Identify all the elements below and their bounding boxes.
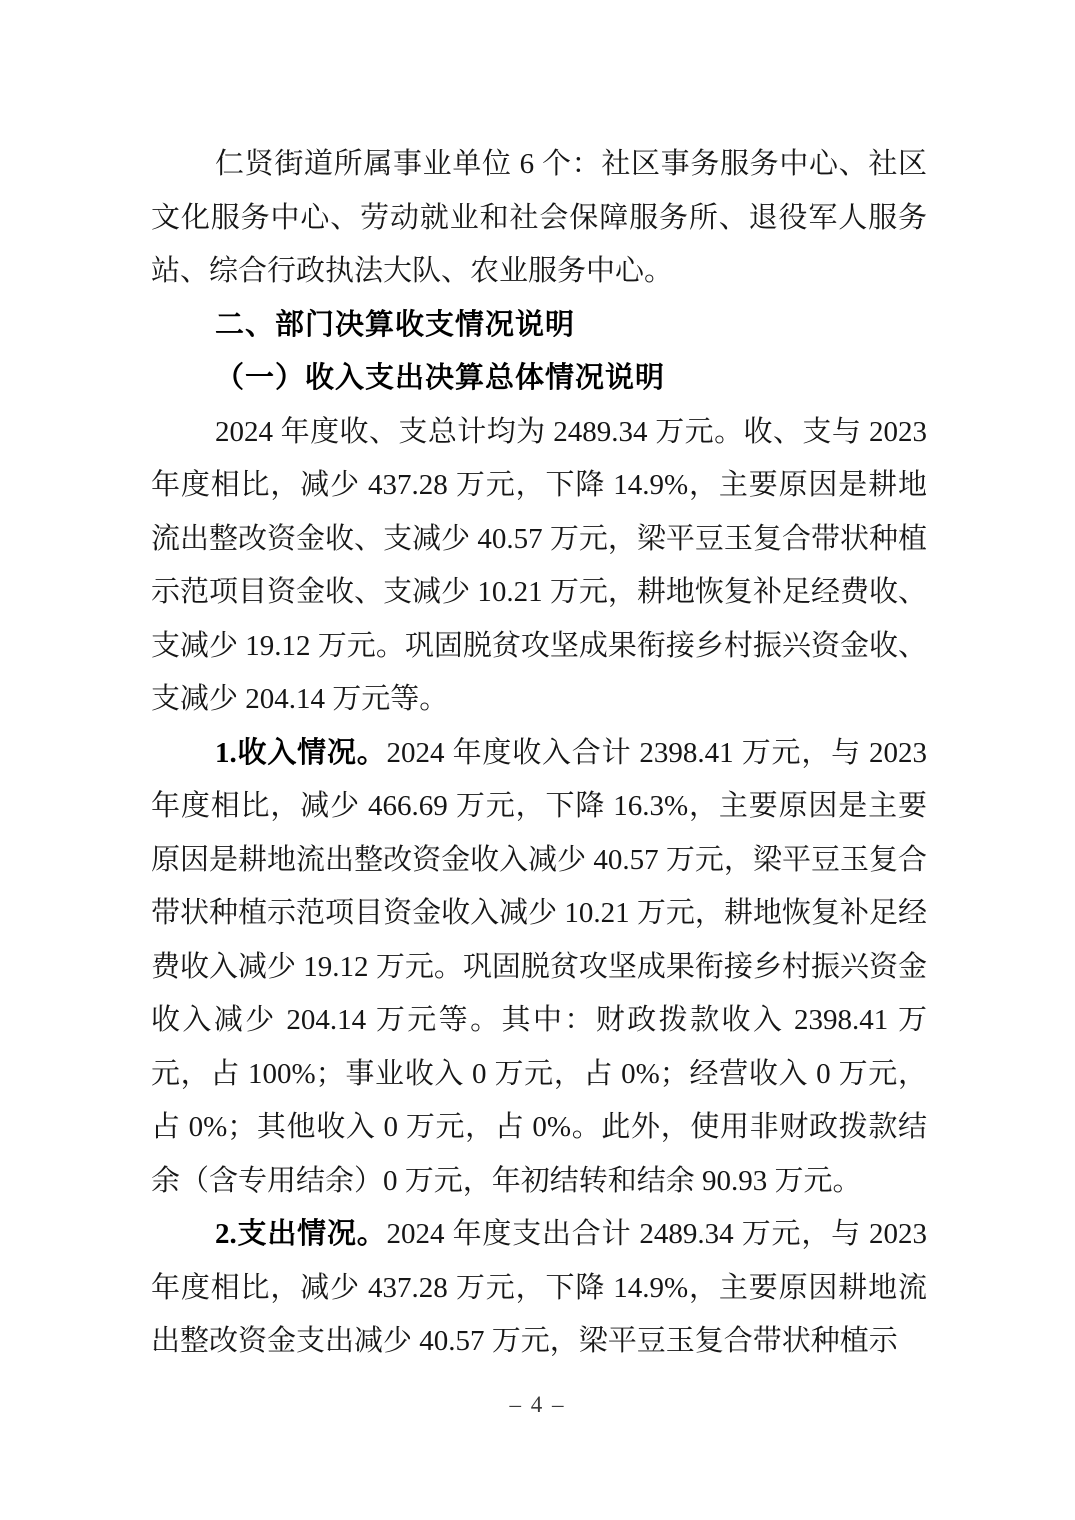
document-page: 仁贤街道所属事业单位 6 个：社区事务服务中心、社区文化服务中心、劳动就业和社会… [0,0,1075,1520]
income-paragraph: 1.收入情况。2024 年度收入合计 2398.41 万元，与 2023 年度相… [151,727,927,1209]
income-paragraph-text: 2024 年度收入合计 2398.41 万元，与 2023 年度相比，减少 46… [151,737,927,1197]
page-number: – 4 – [0,1392,1075,1418]
document-body: 仁贤街道所属事业单位 6 个：社区事务服务中心、社区文化服务中心、劳动就业和社会… [151,138,927,1378]
income-paragraph-lead: 1.收入情况。 [215,737,387,769]
subsection-heading: （一）收入支出决算总体情况说明 [151,352,927,406]
section-heading: 二、部门决算收支情况说明 [151,299,927,353]
intro-paragraph: 仁贤街道所属事业单位 6 个：社区事务服务中心、社区文化服务中心、劳动就业和社会… [151,138,927,299]
expense-paragraph: 2.支出情况。2024 年度支出合计 2489.34 万元，与 2023 年度相… [151,1208,927,1369]
expense-paragraph-lead: 2.支出情况。 [215,1218,387,1250]
total-summary-paragraph: 2024 年度收、支总计均为 2489.34 万元。收、支与 2023 年度相比… [151,406,927,727]
